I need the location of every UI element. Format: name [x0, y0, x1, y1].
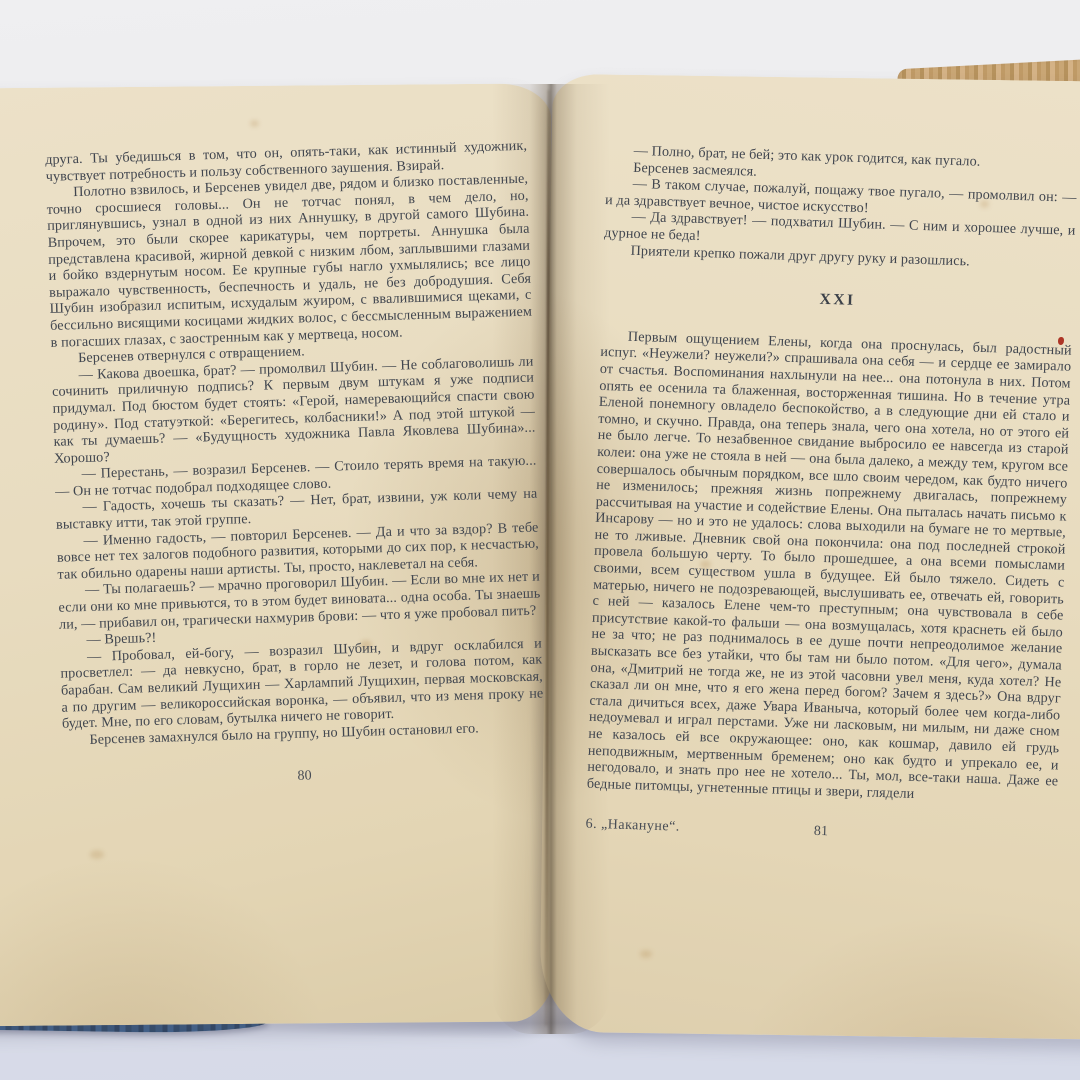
foxing-spot — [90, 850, 104, 859]
right-page-text-column: — Полно, брат, не бей; это как урок годи… — [585, 142, 1078, 850]
left-page-text-column: друга. Ты убедишься в том, что он, опять… — [45, 138, 546, 793]
foxing-spot — [250, 120, 259, 127]
left-page-paragraphs: друга. Ты убедишься в том, что он, опять… — [45, 138, 545, 749]
photo-background: друга. Ты убедишься в том, что он, опять… — [0, 0, 1080, 1080]
foxing-spot — [640, 950, 652, 958]
paragraph: Первым ощущением Елены, когда она просну… — [587, 328, 1072, 807]
right-page-paragraphs-after-heading: Первым ощущением Елены, когда она просну… — [587, 328, 1072, 807]
paragraph: — Пробовал, ей-богу, — возразил Шубин, и… — [60, 635, 544, 732]
paragraph: Полотно взвилось, и Берсенев увидел две,… — [46, 171, 533, 351]
paragraph: — Какова двоешка, брат? — промолвил Шуби… — [51, 353, 536, 467]
chapter-heading: XXI — [602, 285, 1073, 316]
right-page-paragraphs-before-heading: — Полно, брат, не бей; это как урок годи… — [603, 142, 1077, 273]
